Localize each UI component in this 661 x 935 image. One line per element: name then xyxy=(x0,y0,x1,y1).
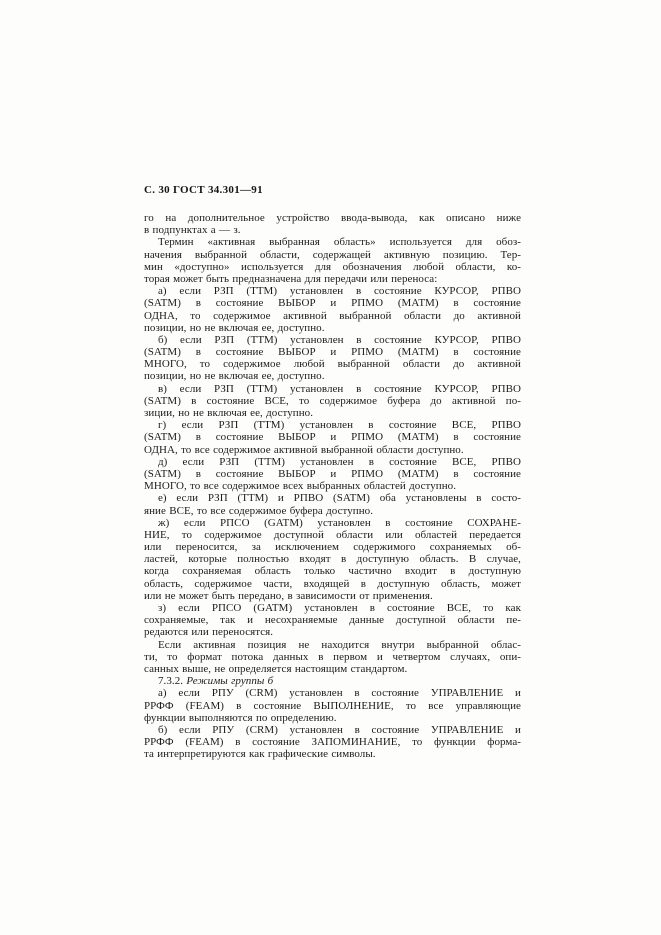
text-line: зиции, но не включая ее, доступно. xyxy=(144,407,521,419)
text-line: (SATM) в состояние ВЫБОР и РПМО (МАТМ) в… xyxy=(144,431,521,443)
text-line: функции выполняются по определению. xyxy=(144,712,521,724)
text-line: МНОГО, то содержимое любой выбранной обл… xyxy=(144,358,521,370)
text-line: ж) если РПСО (GATM) установлен в состоян… xyxy=(144,517,521,529)
section-heading: 7.3.2. Режимы группы б xyxy=(144,675,521,687)
text-line: го на дополнительное устройство ввода-вы… xyxy=(144,212,521,224)
text-line: Термин «активная выбранная область» испо… xyxy=(144,236,521,248)
text-line: или не может быть передано, в зависимост… xyxy=(144,590,521,602)
text-line: та интерпретируются как графические симв… xyxy=(144,748,521,760)
text-column: С. 30 ГОСТ 34.301—91 го на дополнительно… xyxy=(144,184,521,760)
text-line: (SATM) в состояние ВЫБОР и РПМО (МАТМ) в… xyxy=(144,346,521,358)
text-line: ти, то формат потока данных в первом и ч… xyxy=(144,651,521,663)
text-line: РРФФ (FEAM) в состояние ЗАПОМИНАНИЕ, то … xyxy=(144,736,521,748)
text-line: редаются или переносятся. xyxy=(144,626,521,638)
text-line: з) если РПСО (GATM) установлен в состоян… xyxy=(144,602,521,614)
text-line: ластей, которые полностью входят в досту… xyxy=(144,553,521,565)
document-page: С. 30 ГОСТ 34.301—91 го на дополнительно… xyxy=(0,0,661,935)
text-line: ОДНА, то содержимое активной выбранной о… xyxy=(144,310,521,322)
text-line: торая может быть предназначена для перед… xyxy=(144,273,521,285)
text-line: а) если РПУ (CRM) установлен в состояние… xyxy=(144,687,521,699)
text-block: го на дополнительное устройство ввода-вы… xyxy=(144,212,521,760)
text-line: начения выбранной области, содержащей ак… xyxy=(144,249,521,261)
text-line: в подпунктах а — з. xyxy=(144,224,521,236)
text-line: НИЕ, то содержимое доступной области или… xyxy=(144,529,521,541)
text-line: сохраняемые, так и несохраняемые данные … xyxy=(144,614,521,626)
text-line: когда сохраняемая область только частичн… xyxy=(144,565,521,577)
text-line: (SATM) в состояние ВЫБОР и РПМО (МАТМ) в… xyxy=(144,297,521,309)
text-line: РРФФ (FEAM) в состояние ВЫПОЛНЕНИЕ, то в… xyxy=(144,700,521,712)
text-line: а) если РЗП (ТТМ) установлен в состояние… xyxy=(144,285,521,297)
text-line: (SATM) в состояние ВСЕ, то содержимое бу… xyxy=(144,395,521,407)
text-line: или переносится, за исключением содержим… xyxy=(144,541,521,553)
text-line: санных выше, не определяется настоящим с… xyxy=(144,663,521,675)
text-line: д) если РЗП (ТТМ) установлен в состояние… xyxy=(144,456,521,468)
text-line: ОДНА, то все содержимое активной выбранн… xyxy=(144,444,521,456)
section-number: 7.3.2. xyxy=(158,675,186,687)
text-line: позиции, но не включая ее, доступно. xyxy=(144,370,521,382)
text-line: область, содержимое части, входящей в до… xyxy=(144,578,521,590)
text-line: МНОГО, то все содержимое всех выбранных … xyxy=(144,480,521,492)
text-line: позиции, но не включая ее, доступно. xyxy=(144,322,521,334)
text-line: Если активная позиция не находится внутр… xyxy=(144,639,521,651)
page-header: С. 30 ГОСТ 34.301—91 xyxy=(144,184,521,196)
text-line: б) если РЗП (ТТМ) установлен в состояние… xyxy=(144,334,521,346)
text-line: яние ВСЕ, то все содержимое буфера досту… xyxy=(144,505,521,517)
text-line: (SATM) в состояние ВЫБОР и РПМО (МАТМ) в… xyxy=(144,468,521,480)
text-line: е) если РЗП (ТТМ) и РПВО (SATM) оба уста… xyxy=(144,492,521,504)
text-line: б) если РПУ (CRM) установлен в состояние… xyxy=(144,724,521,736)
text-line: мин «доступно» используется для обозначе… xyxy=(144,261,521,273)
text-line: г) если РЗП (ТТМ) установлен в состояние… xyxy=(144,419,521,431)
text-line: в) если РЗП (ТТМ) установлен в состояние… xyxy=(144,383,521,395)
section-title: Режимы группы б xyxy=(186,675,273,687)
